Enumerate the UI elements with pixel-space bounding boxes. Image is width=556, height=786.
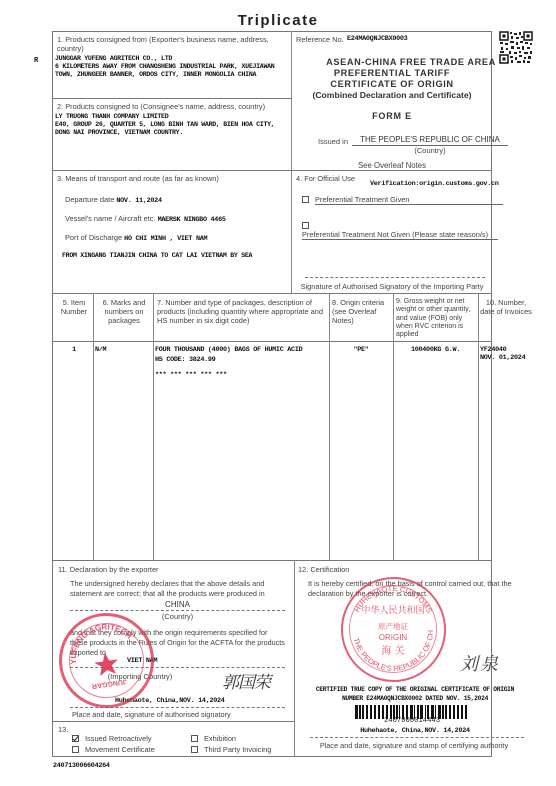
option-exhibition[interactable]: Exhibition: [191, 734, 236, 743]
col-header-origin: 8. Origin criteria (see Overleaf Notes): [332, 298, 392, 325]
exporter-name: JUNGGAR YUFENG AGRITECH CO., LTD: [55, 55, 291, 63]
divider-h-box1: [52, 98, 292, 99]
form-name: FORM E: [292, 111, 492, 121]
hs-code: HS CODE: 3824.99: [155, 356, 215, 364]
checkbox-movement-certificate[interactable]: [72, 746, 79, 753]
col-header-invoice: 10. Number, date of Invoices: [480, 298, 532, 316]
divider-v-bottom: [294, 560, 295, 757]
option-preferential-given[interactable]: Preferential Treatment Given: [302, 195, 510, 205]
checkbox-preferential-not-given[interactable]: [302, 222, 309, 229]
exporter-signature: 郭国荣: [222, 668, 270, 693]
certifier-signature-line: [310, 737, 524, 738]
exporter-stamp-text: YUFENG AGRITECH: [64, 618, 137, 665]
svg-text:ORIGIN: ORIGIN: [379, 633, 408, 642]
svg-text:YUFENG AGRITECH: YUFENG AGRITECH: [64, 618, 137, 665]
checkbox-preferential-given[interactable]: [302, 196, 309, 203]
certifier-place-date: Huhehaote, China,NOV. 14,2024: [306, 727, 524, 735]
signature-line-importer: [305, 277, 485, 278]
document-title: Triplicate: [0, 12, 556, 29]
vessel-label: Vessel's name / Aircraft etc.: [65, 214, 156, 223]
exporter-place-caption: Place and date, signature of authorised …: [72, 710, 231, 719]
option-third-party-invoicing[interactable]: Third Party Invoicing: [191, 745, 271, 754]
option-issued-retroactively[interactable]: Issued Retroactively: [72, 734, 152, 743]
consignee-address: E40, GROUP 26, QUARTER 5, LONG BINH TAN …: [55, 121, 291, 137]
checkbox-third-party-invoicing[interactable]: [191, 746, 198, 753]
col-header-marks: 6. Marks and numbers on packages: [95, 298, 153, 325]
barcode-number: 2407000014443: [354, 717, 470, 725]
verification-url: Verification:origin.customs.gov.cn: [370, 180, 498, 188]
box1-label: 1. Products consigned from (Exporter's b…: [57, 35, 289, 53]
reference-number: E24MA0QNJCBX0003: [347, 35, 407, 44]
svg-text:JUNGGAR: JUNGGAR: [91, 677, 127, 689]
box13-label: 13.: [58, 725, 68, 734]
invoice-date: NOV. 01,2024: [480, 354, 525, 362]
option-movement-certificate[interactable]: Movement Certificate: [72, 745, 155, 754]
divider-h-box2: [52, 170, 492, 171]
divider-h-box3: [52, 293, 492, 294]
description-terminator: *** *** *** *** ***: [155, 371, 227, 379]
svg-text:海 关: 海 关: [381, 644, 404, 657]
importer-signature-caption: Signature of Authorised Signatory of the…: [292, 282, 492, 291]
col-divider-2: [153, 293, 154, 560]
exporter-declaration-text: The undersigned hereby declares that the…: [70, 579, 285, 599]
option-preferential-not-given[interactable]: Preferential Treatment Not Given (Please…: [302, 221, 510, 240]
invoice-number: YF24040: [480, 346, 506, 354]
col-divider-5: [478, 293, 479, 560]
port-row: Port of Discharge HO CHI MINH , VIET NAM: [65, 233, 207, 243]
col-header-item: 5. Item Number: [55, 298, 93, 316]
option-preferential-given-label: Preferential Treatment Given: [315, 195, 503, 205]
production-country: CHINA: [70, 600, 285, 609]
col-header-description: 7. Number and type of packages, descript…: [157, 298, 329, 325]
svg-text:中华人民共和国: 中华人民共和国: [361, 604, 424, 616]
option-third-party-invoicing-label: Third Party Invoicing: [204, 745, 271, 754]
port-of-discharge: HO CHI MINH , VIET NAM: [124, 235, 207, 243]
divider-h-table-bottom: [52, 560, 492, 561]
certified-copy-note: CERTIFIED TRUE COPY OF THE ORIGINAL CERT…: [306, 686, 524, 703]
vessel-name: MAERSK NINGBO 4465: [158, 216, 226, 224]
certifier-place-caption: Place and date, signature and stamp of c…: [296, 741, 532, 750]
item-number: 1: [55, 346, 93, 354]
exporter-address: 6 KILOMETERS AWAY FROM CHANGSHENG INDUST…: [55, 63, 291, 79]
box12-label: 12. Certification: [298, 565, 349, 574]
overleaf-notes: See Overleaf Notes: [292, 161, 492, 170]
checkbox-issued-retroactively[interactable]: [72, 735, 79, 742]
col-divider-1: [93, 293, 94, 560]
vessel-row: Vessel's name / Aircraft etc. MAERSK NIN…: [65, 214, 226, 224]
reference-label: Reference No.: [296, 35, 344, 44]
issued-in-label: Issued in: [318, 137, 348, 146]
divider-h-table-header: [52, 341, 492, 342]
route: FROM XINGANG TIANJIN CHINA TO CAT LAI VI…: [62, 252, 282, 260]
header-line2: PREFERENTIAL TARIFF: [292, 68, 492, 79]
footer-number: 240713006604264: [53, 762, 110, 770]
checkbox-exhibition[interactable]: [191, 735, 198, 742]
departure-date: NOV. 11,2024: [116, 197, 161, 205]
issued-in-country: THE PEOPLE'S REPUBLIC OF CHINA: [352, 135, 508, 146]
svg-text:原产地证: 原产地证: [378, 621, 408, 631]
consignee-name: LY TRUONG THANH COMPANY LIMITED: [55, 113, 291, 121]
box4-label: 4. For Official Use: [296, 174, 355, 183]
option-movement-certificate-label: Movement Certificate: [85, 745, 155, 754]
header-line4: (Combined Declaration and Certificate): [292, 90, 492, 101]
port-label: Port of Discharge: [65, 233, 122, 242]
side-mark: R: [34, 57, 38, 65]
col-divider-3: [329, 293, 330, 560]
marks-numbers: N/M: [95, 346, 106, 354]
issued-in-caption: (Country): [352, 146, 508, 155]
origin-criteria: "PE": [329, 346, 393, 354]
option-exhibition-label: Exhibition: [204, 734, 236, 743]
exporter-company-stamp: YUFENG AGRITECH JUNGGAR: [53, 607, 160, 714]
option-preferential-not-given-label: Preferential Treatment Not Given (Please…: [302, 230, 498, 240]
departure-label: Departure date: [65, 195, 114, 204]
departure-row: Departure date NOV. 11,2024: [65, 195, 162, 205]
goods-description: FOUR THOUSAND (4000) BAGS OF HUMIC ACID: [155, 346, 329, 354]
box2-label: 2. Products consigned to (Consignee's na…: [57, 102, 289, 111]
header-line3: CERTIFICATE OF ORIGIN: [292, 79, 492, 90]
box11-label: 11. Declaration by the exporter: [58, 565, 159, 574]
col-header-weight: 9. Gross weight or net weight or other q…: [396, 298, 478, 339]
gross-weight: 100400KG G.W.: [393, 346, 478, 354]
box3-label: 3. Means of transport and route (as far …: [57, 174, 219, 183]
col-divider-4: [393, 293, 394, 560]
option-issued-retroactively-label: Issued Retroactively: [85, 734, 152, 743]
customs-stamp: HUHEHAOTE CUSTOMS THE PEOPLE'S REPUBLIC …: [341, 577, 446, 682]
header-line1: ASEAN-CHINA FREE TRADE AREA: [292, 57, 530, 68]
certifier-signature: 刘泉: [460, 650, 500, 676]
divider-h-box11: [52, 721, 294, 722]
country-line: [70, 610, 285, 611]
